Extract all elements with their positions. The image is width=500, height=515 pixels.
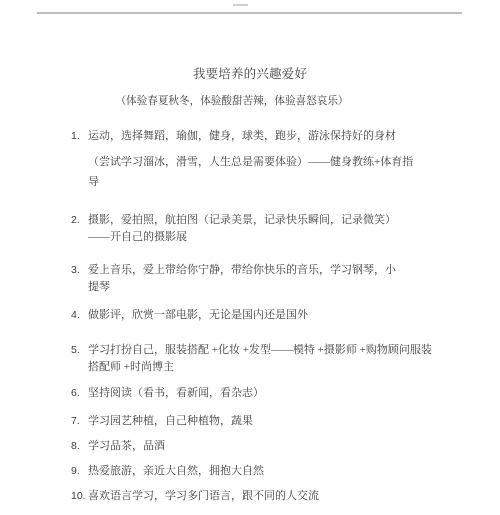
header-rule-line [37, 12, 462, 14]
list-item-line: ——开自己的摄影展 [88, 229, 396, 246]
list-item-number: 1. [71, 126, 88, 146]
list-item-4: 4. 做影评，欣赏一部电影，无论是国内还是国外 [71, 307, 308, 324]
list-item-text: 做影评，欣赏一部电影，无论是国内还是国外 [88, 307, 308, 324]
list-item-10: 10. 喜欢语言学习，学习多门语言，跟不同的人交流 [71, 488, 319, 505]
list-item-line: 学习打扮自己，服装搭配 +化妆 +发型——模特 +摄影师 +购物顾问服装 [88, 342, 432, 359]
list-item-7: 7. 学习园艺种植，自己种植物，蔬果 [71, 413, 253, 430]
list-item-line: 摄影，爱拍照，航拍图（记录美景，记录快乐瞬间，记录微笑） [88, 212, 396, 229]
list-item-number: 3. [71, 262, 88, 279]
list-item-number: 8. [71, 438, 88, 455]
list-item-line: 喜欢语言学习，学习多门语言，跟不同的人交流 [88, 488, 319, 505]
list-item-6: 6. 坚持阅读（看书，看新闻，看杂志） [71, 385, 264, 402]
list-item-text: 坚持阅读（看书，看新闻，看杂志） [88, 385, 264, 402]
list-item-number: 9. [71, 463, 88, 480]
list-item-line: （尝试学习溜冰，滑雪，人生总是需要体验）——健身教练+体育指 [88, 152, 413, 172]
header-dash-mark [233, 4, 248, 6]
list-item-line: 提琴 [88, 279, 396, 296]
list-item-line: 搭配师 +时尚博主 [88, 359, 432, 376]
page-subtitle: （体验春夏秋冬，体验酸甜苦辣，体验喜怒哀乐） [0, 95, 482, 109]
list-item-5: 5. 学习打扮自己，服装搭配 +化妆 +发型——模特 +摄影师 +购物顾问服装 … [71, 342, 432, 376]
list-item-line: 学习园艺种植，自己种植物，蔬果 [88, 413, 253, 430]
list-item-line: 爱上音乐，爱上带给你宁静，带给你快乐的音乐，学习钢琴，小 [88, 262, 396, 279]
list-item-line: 热爱旅游，亲近大自然，拥抱大自然 [88, 463, 264, 480]
list-item-1: 1. 运动，选择舞蹈，瑜伽，健身，球类，跑步，游泳保持好的身材 （尝试学习溜冰，… [71, 126, 413, 192]
list-item-line: 做影评，欣赏一部电影，无论是国内还是国外 [88, 307, 308, 324]
list-item-text: 学习打扮自己，服装搭配 +化妆 +发型——模特 +摄影师 +购物顾问服装 搭配师… [88, 342, 432, 376]
list-item-number: 10. [71, 488, 88, 505]
list-item-9: 9. 热爱旅游，亲近大自然，拥抱大自然 [71, 463, 264, 480]
list-item-number: 4. [71, 307, 88, 324]
list-item-line: 学习品茶，品酒 [88, 438, 165, 455]
list-item-3: 3. 爱上音乐，爱上带给你宁静，带给你快乐的音乐，学习钢琴，小 提琴 [71, 262, 396, 296]
list-item-line: 坚持阅读（看书，看新闻，看杂志） [88, 385, 264, 402]
list-item-number: 7. [71, 413, 88, 430]
document-page: 我要培养的兴趣爱好 （体验春夏秋冬，体验酸甜苦辣，体验喜怒哀乐） 1. 运动，选… [0, 0, 500, 515]
list-item-text: 爱上音乐，爱上带给你宁静，带给你快乐的音乐，学习钢琴，小 提琴 [88, 262, 396, 296]
list-item-number: 2. [71, 212, 88, 229]
list-item-number: 5. [71, 342, 88, 359]
list-item-text: 喜欢语言学习，学习多门语言，跟不同的人交流 [88, 488, 319, 505]
list-item-text: 摄影，爱拍照，航拍图（记录美景，记录快乐瞬间，记录微笑） ——开自己的摄影展 [88, 212, 396, 246]
list-item-number: 6. [71, 385, 88, 402]
list-item-text: 热爱旅游，亲近大自然，拥抱大自然 [88, 463, 264, 480]
list-item-8: 8. 学习品茶，品酒 [71, 438, 165, 455]
list-item-line: 导 [88, 172, 413, 192]
list-item-line: 运动，选择舞蹈，瑜伽，健身，球类，跑步，游泳保持好的身材 [88, 126, 413, 146]
list-item-text: 学习园艺种植，自己种植物，蔬果 [88, 413, 253, 430]
list-item-text: 运动，选择舞蹈，瑜伽，健身，球类，跑步，游泳保持好的身材 （尝试学习溜冰，滑雪，… [88, 126, 413, 192]
list-item-2: 2. 摄影，爱拍照，航拍图（记录美景，记录快乐瞬间，记录微笑） ——开自己的摄影… [71, 212, 396, 246]
page-title: 我要培养的兴趣爱好 [0, 66, 500, 82]
list-item-text: 学习品茶，品酒 [88, 438, 165, 455]
